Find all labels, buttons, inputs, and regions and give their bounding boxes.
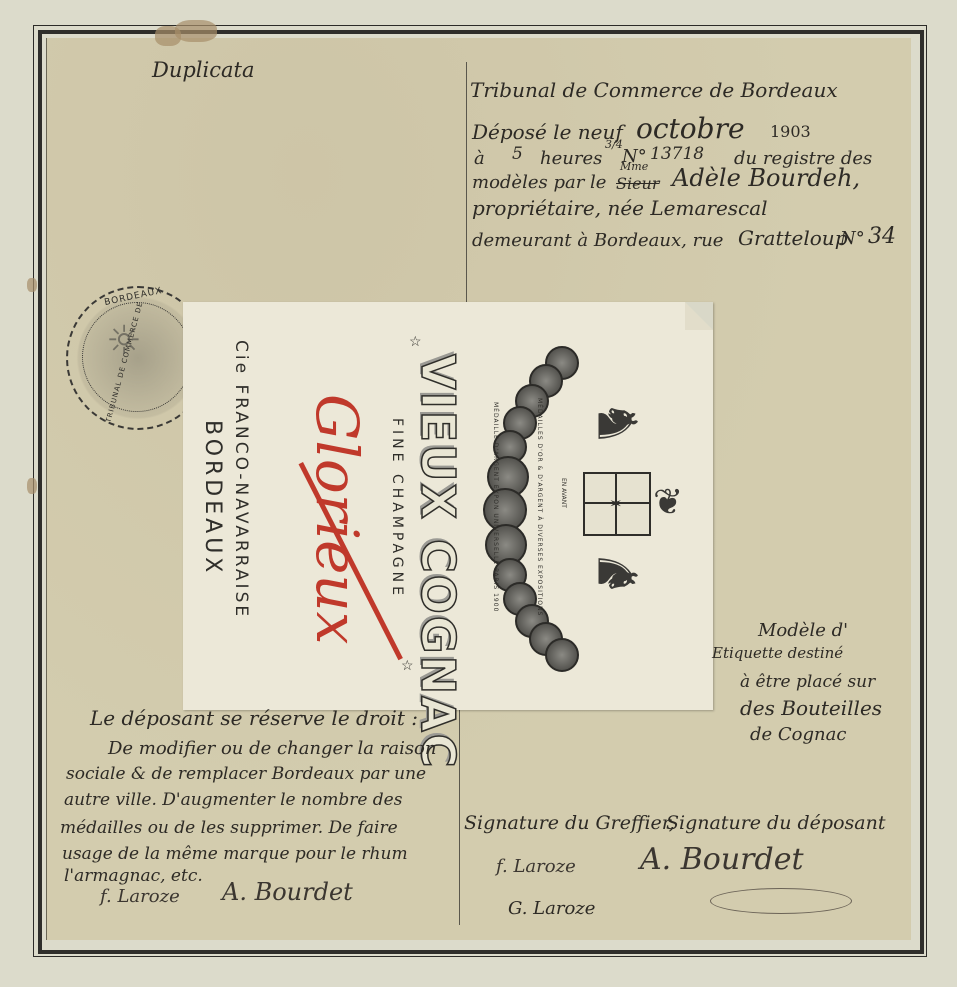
title-superscript: Mme — [620, 160, 648, 173]
center-divider-top — [466, 62, 467, 302]
company-name: Cie FRANCO-NAVARRAISE — [231, 340, 251, 619]
company-city: BORDEAUX — [200, 420, 225, 576]
medals-caption-inner: MÉDAILLE D'ARGENT EXPON UNIVERSELLE PARI… — [492, 402, 499, 612]
seal-figure-icon: ☼ — [106, 318, 142, 364]
hour-label: heures — [540, 148, 602, 169]
reservation-greffier-signature: f. Laroze — [100, 886, 180, 907]
hour-fraction: 3/4 — [605, 138, 623, 151]
registry-number: 13718 — [650, 144, 704, 164]
reservation-line3: sociale & de remplacer Bordeaux par une — [66, 764, 426, 784]
reservation-line1: Le déposant se réserve le droit : — [90, 706, 418, 730]
deposant-signature-label: Signature du déposant — [666, 812, 885, 834]
depositor-name: Adèle Bourdeh, — [672, 164, 860, 192]
duplicata-note: Duplicata — [152, 58, 254, 82]
depositor-prefix: modèles par le — [472, 172, 606, 193]
depositor-occupation: propriétaire, née Lemarescal — [472, 196, 768, 220]
stain — [27, 478, 37, 494]
deposit-year: 1903 — [770, 122, 811, 141]
reservation-line7: l'armagnac, etc. — [64, 866, 203, 886]
reservation-depositor-signature: A. Bourdet — [222, 878, 353, 906]
deposit-month: octobre — [636, 112, 745, 145]
greffier-printed-name: G. Laroze — [508, 898, 595, 919]
crest-helmet-icon: ❦ — [653, 482, 683, 523]
script-brand-glorieux: Glorieux — [303, 394, 371, 644]
product-subtitle: FINE CHAMPAGNE — [389, 418, 405, 599]
side-note-line2: Etiquette destiné — [712, 644, 843, 662]
griffin-top-icon: ♞ — [586, 399, 649, 447]
reservation-line6: usage de la même marque pour le rhum — [62, 844, 408, 864]
crest-shield: ✶ — [583, 472, 651, 536]
deposit-date-prefix: Déposé le neuf — [472, 120, 623, 144]
shield-star-icon: ✶ — [609, 494, 622, 513]
stain — [27, 278, 37, 292]
crest-motto: EN AVANT — [560, 478, 567, 508]
stain — [175, 20, 217, 42]
street-number: 34 — [868, 224, 896, 249]
side-note-line1: Modèle d' — [758, 620, 848, 641]
signature-flourish — [710, 888, 852, 914]
address-prefix: demeurant à Bordeaux, rue — [472, 230, 723, 251]
hour-prefix: à — [474, 148, 485, 169]
folded-corner — [685, 302, 713, 330]
star-icon: ☆ — [409, 334, 422, 350]
deposit-hour: 5 — [512, 144, 523, 164]
deposant-signature: A. Bourdet — [640, 842, 804, 877]
tribunal-title: Tribunal de Commerce de Bordeaux — [470, 78, 838, 102]
side-note-line5: de Cognac — [750, 724, 846, 745]
struck-title: Sieur — [616, 174, 660, 193]
medal-icon — [545, 638, 579, 672]
reservation-line5: médailles ou de les supprimer. De faire — [60, 818, 398, 838]
product-title: VIEUX COGNAC — [411, 354, 465, 769]
cognac-label-specimen: Cie FRANCO-NAVARRAISE BORDEAUX Glorieux … — [183, 302, 713, 710]
street-number-label: N° — [840, 228, 865, 249]
reservation-line2: De modifier ou de changer la raison — [108, 738, 437, 759]
archival-sheet: Duplicata Tribunal de Commerce de Bordea… — [0, 0, 957, 987]
reservation-line4: autre ville. D'augmenter le nombre des — [64, 790, 402, 810]
griffin-bottom-icon: ♞ — [586, 549, 649, 597]
medals-caption-outer: MÉDAILLES D'OR & D'ARGENT À DIVERSES EXP… — [536, 398, 543, 616]
street-name: Gratteloup — [738, 226, 848, 250]
greffier-signature-label: Signature du Greffier, — [464, 812, 675, 834]
side-note-line4: des Bouteilles — [740, 696, 882, 720]
side-note-line3: à être placé sur — [740, 672, 875, 692]
greffier-signature: f. Laroze — [496, 856, 576, 877]
